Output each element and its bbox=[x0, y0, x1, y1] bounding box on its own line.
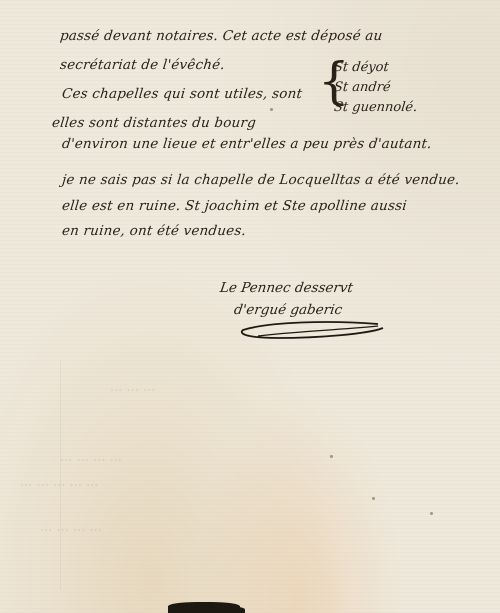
text-line-4: elles sont distantes du bourg bbox=[51, 115, 257, 131]
signature-line-2: d'ergué gaberic bbox=[233, 302, 343, 318]
text-line-8: en ruine, ont été vendues. bbox=[61, 223, 247, 239]
page-edge-tear bbox=[205, 606, 245, 613]
manuscript-page: passé devant notaires. Cet acte est dépo… bbox=[0, 0, 500, 613]
text-line-1: passé devant notaires. Cet acte est dépo… bbox=[59, 28, 383, 44]
ink-spot bbox=[430, 512, 433, 515]
chapel-item-2: St andré bbox=[333, 80, 391, 95]
bleed-through-4: ... ... ... ... bbox=[40, 520, 102, 535]
ink-spot bbox=[372, 497, 375, 500]
text-line-3: Ces chapelles qui sont utiles, sont bbox=[61, 86, 303, 102]
ink-spot bbox=[330, 455, 333, 458]
signature-flourish bbox=[238, 318, 388, 342]
text-line-7: elle est en ruine. St joachim et Ste apo… bbox=[61, 198, 407, 214]
bleed-through-2: ... ... ... ... bbox=[60, 450, 122, 465]
signature-line-1: Le Pennec desservt bbox=[219, 280, 354, 296]
bleed-through-3: ... ... ... ... ... bbox=[20, 475, 99, 490]
text-line-2: secrétariat de l'évêché. bbox=[59, 57, 226, 73]
text-line-6: je ne sais pas si la chapelle de Locquel… bbox=[61, 172, 460, 188]
ink-spot bbox=[270, 108, 273, 111]
chapel-item-1: St déyot bbox=[333, 60, 389, 75]
bleed-through-1: ... ... ... bbox=[110, 380, 155, 395]
text-line-5: d'environ une lieue et entr'elles a peu … bbox=[61, 136, 432, 152]
chapel-item-3: St guennolé. bbox=[333, 100, 418, 115]
